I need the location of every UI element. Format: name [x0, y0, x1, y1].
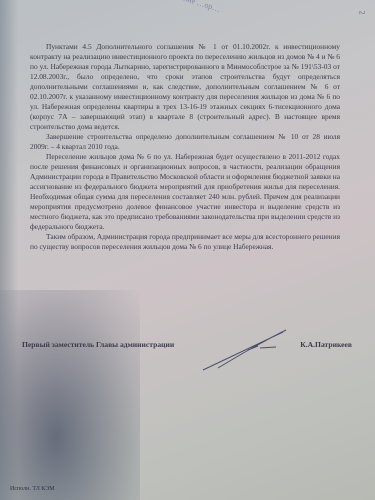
- handwritten-signature-icon: [198, 328, 298, 378]
- document-body: Пунктами 4.5 Дополнительного соглашения …: [30, 42, 340, 252]
- signatory-name: К.А.Патрикеев: [300, 340, 352, 349]
- page-number: 2: [358, 11, 367, 15]
- header-stamp: …ние …ор…: [175, 0, 222, 14]
- signatory-title: Первый заместитель Главы администрации: [22, 340, 174, 349]
- signature-block: Первый заместитель Главы администрации К…: [22, 340, 352, 349]
- paragraph: Переселение жильцов дома № 6 по ул. Набе…: [30, 152, 340, 232]
- paragraph: Пунктами 4.5 Дополнительного соглашения …: [30, 42, 340, 132]
- paragraph: Завершение строительства определено допо…: [30, 132, 340, 152]
- footer-note: Исполн. ТЛ КЭМ: [10, 486, 55, 492]
- hand-shadow: [0, 290, 140, 500]
- paragraph: Таким образом, Администрация города пред…: [30, 232, 340, 252]
